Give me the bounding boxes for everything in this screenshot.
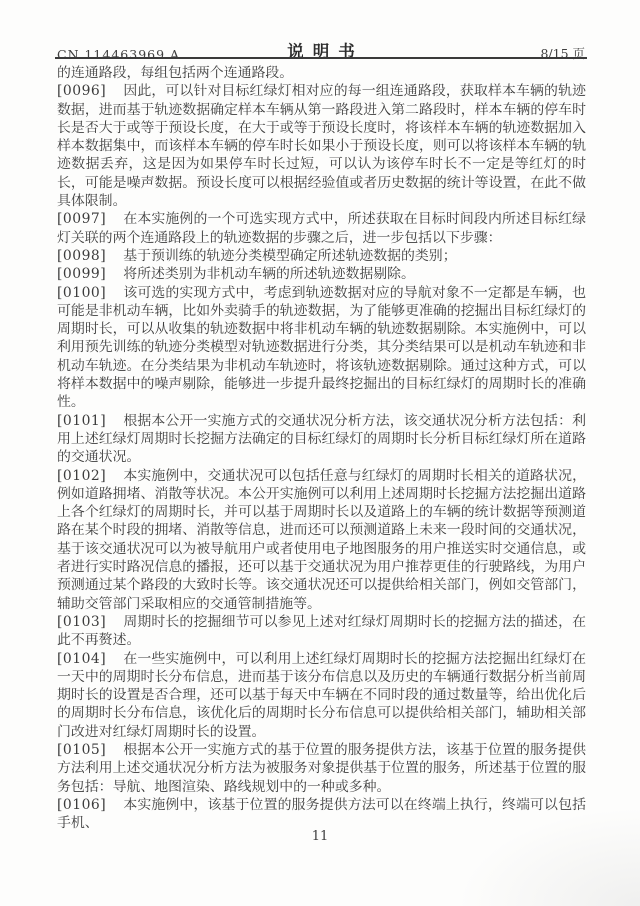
document-body: 的连通路段，每组包括两个连通路段。 [0096]因此，可以针对目标红绿灯相对应的… [57,64,586,832]
paragraph-text: 本实施例中，交通状况可以包括任意与红绿灯的周期时长相关的道路状况，例如道路拥堵、… [57,468,586,612]
paragraph: [0096]因此，可以针对目标红绿灯相对应的每一组连通路段，获取样本车辆的轨迹数… [57,82,586,210]
paragraph-number: [0103] [57,614,106,630]
paragraph-text: 因此，可以针对目标红绿灯相对应的每一组连通路段，获取样本车辆的轨迹数据，进而基于… [57,83,586,209]
document-number: CN 114463969 A [57,47,217,62]
paragraph: [0097]在本实施例的一个可选实现方式中，所述获取在目标时间段内所述目标红绿灯… [57,210,586,247]
paragraph: [0105]根据本公开一实施方式的基于位置的服务提供方法，该基于位置的服务提供方… [57,741,586,796]
paragraph-text: 根据本公开一实施方式的交通状况分析方法，该交通状况分析方法包括：利用上述红绿灯周… [57,413,586,466]
header-divider [55,57,587,59]
paragraph-text: 在一些实施例中，可以利用上述红绿灯周期时长的挖掘方法挖掘出红绿灯在一天中的周期时… [57,651,586,740]
paragraph: [0102]本实施例中，交通状况可以包括任意与红绿灯的周期时长相关的道路状况，例… [57,467,586,613]
paragraph-number: [0102] [57,468,106,484]
paragraph: [0101]根据本公开一实施方式的交通状况分析方法，该交通状况分析方法包括：利用… [57,412,586,467]
paragraph-number: [0099] [57,266,106,282]
page-number: 11 [312,829,329,844]
paragraph: 的连通路段，每组包括两个连通路段。 [57,64,586,82]
patent-document-page: CN 114463969 A 说明书 8/15 页 的连通路段，每组包括两个连通… [0,0,640,906]
paragraph: [0104]在一些实施例中，可以利用上述红绿灯周期时长的挖掘方法挖掘出红绿灯在一… [57,650,586,741]
paragraph-text: 的连通路段，每组包括两个连通路段。 [57,65,293,81]
paragraph: [0099]将所述类别为非机动车辆的所述轨迹数据剔除。 [57,265,586,283]
paragraph-number: [0105] [57,742,106,758]
paragraph: [0106]本实施例中，该基于位置的服务提供方法可以在终端上执行，终端可以包括手… [57,796,586,833]
paragraph-text: 基于预训练的轨迹分类模型确定所述轨迹数据的类别； [123,248,456,264]
paragraph-text: 在本实施例的一个可选实现方式中，所述获取在目标时间段内所述目标红绿灯关联的两个连… [57,211,586,245]
paragraph-text: 周期时长的挖掘细节可以参见上述对红绿灯周期时长的挖掘方法的描述，在此不再赘述。 [57,614,586,648]
paragraph-text: 根据本公开一实施方式的基于位置的服务提供方法，该基于位置的服务提供方法利用上述交… [57,742,586,795]
paragraph-text: 该可选的实现方式中，考虑到轨迹数据对应的导航对象不一定都是车辆，也可能是非机动车… [57,285,586,411]
paragraph-number: [0101] [57,413,106,429]
paragraph: [0103]周期时长的挖掘细节可以参见上述对红绿灯周期时长的挖掘方法的描述，在此… [57,613,586,650]
page-footer: 11 [0,829,640,844]
paragraph-text: 本实施例中，该基于位置的服务提供方法可以在终端上执行，终端可以包括手机、 [57,797,586,831]
paragraph-number: [0098] [57,248,106,264]
paragraph-number: [0106] [57,797,106,813]
paragraph: [0098]基于预训练的轨迹分类模型确定所述轨迹数据的类别； [57,247,586,265]
paragraph-number: [0100] [57,285,106,301]
paragraph-number: [0097] [57,211,106,227]
page-indicator: 8/15 页 [425,44,585,62]
paragraph-text: 将所述类别为非机动车辆的所述轨迹数据剔除。 [123,266,415,282]
paragraph-number: [0096] [57,83,106,99]
paragraph: [0100]该可选的实现方式中，考虑到轨迹数据对应的导航对象不一定都是车辆，也可… [57,284,586,412]
paragraph-number: [0104] [57,651,106,667]
